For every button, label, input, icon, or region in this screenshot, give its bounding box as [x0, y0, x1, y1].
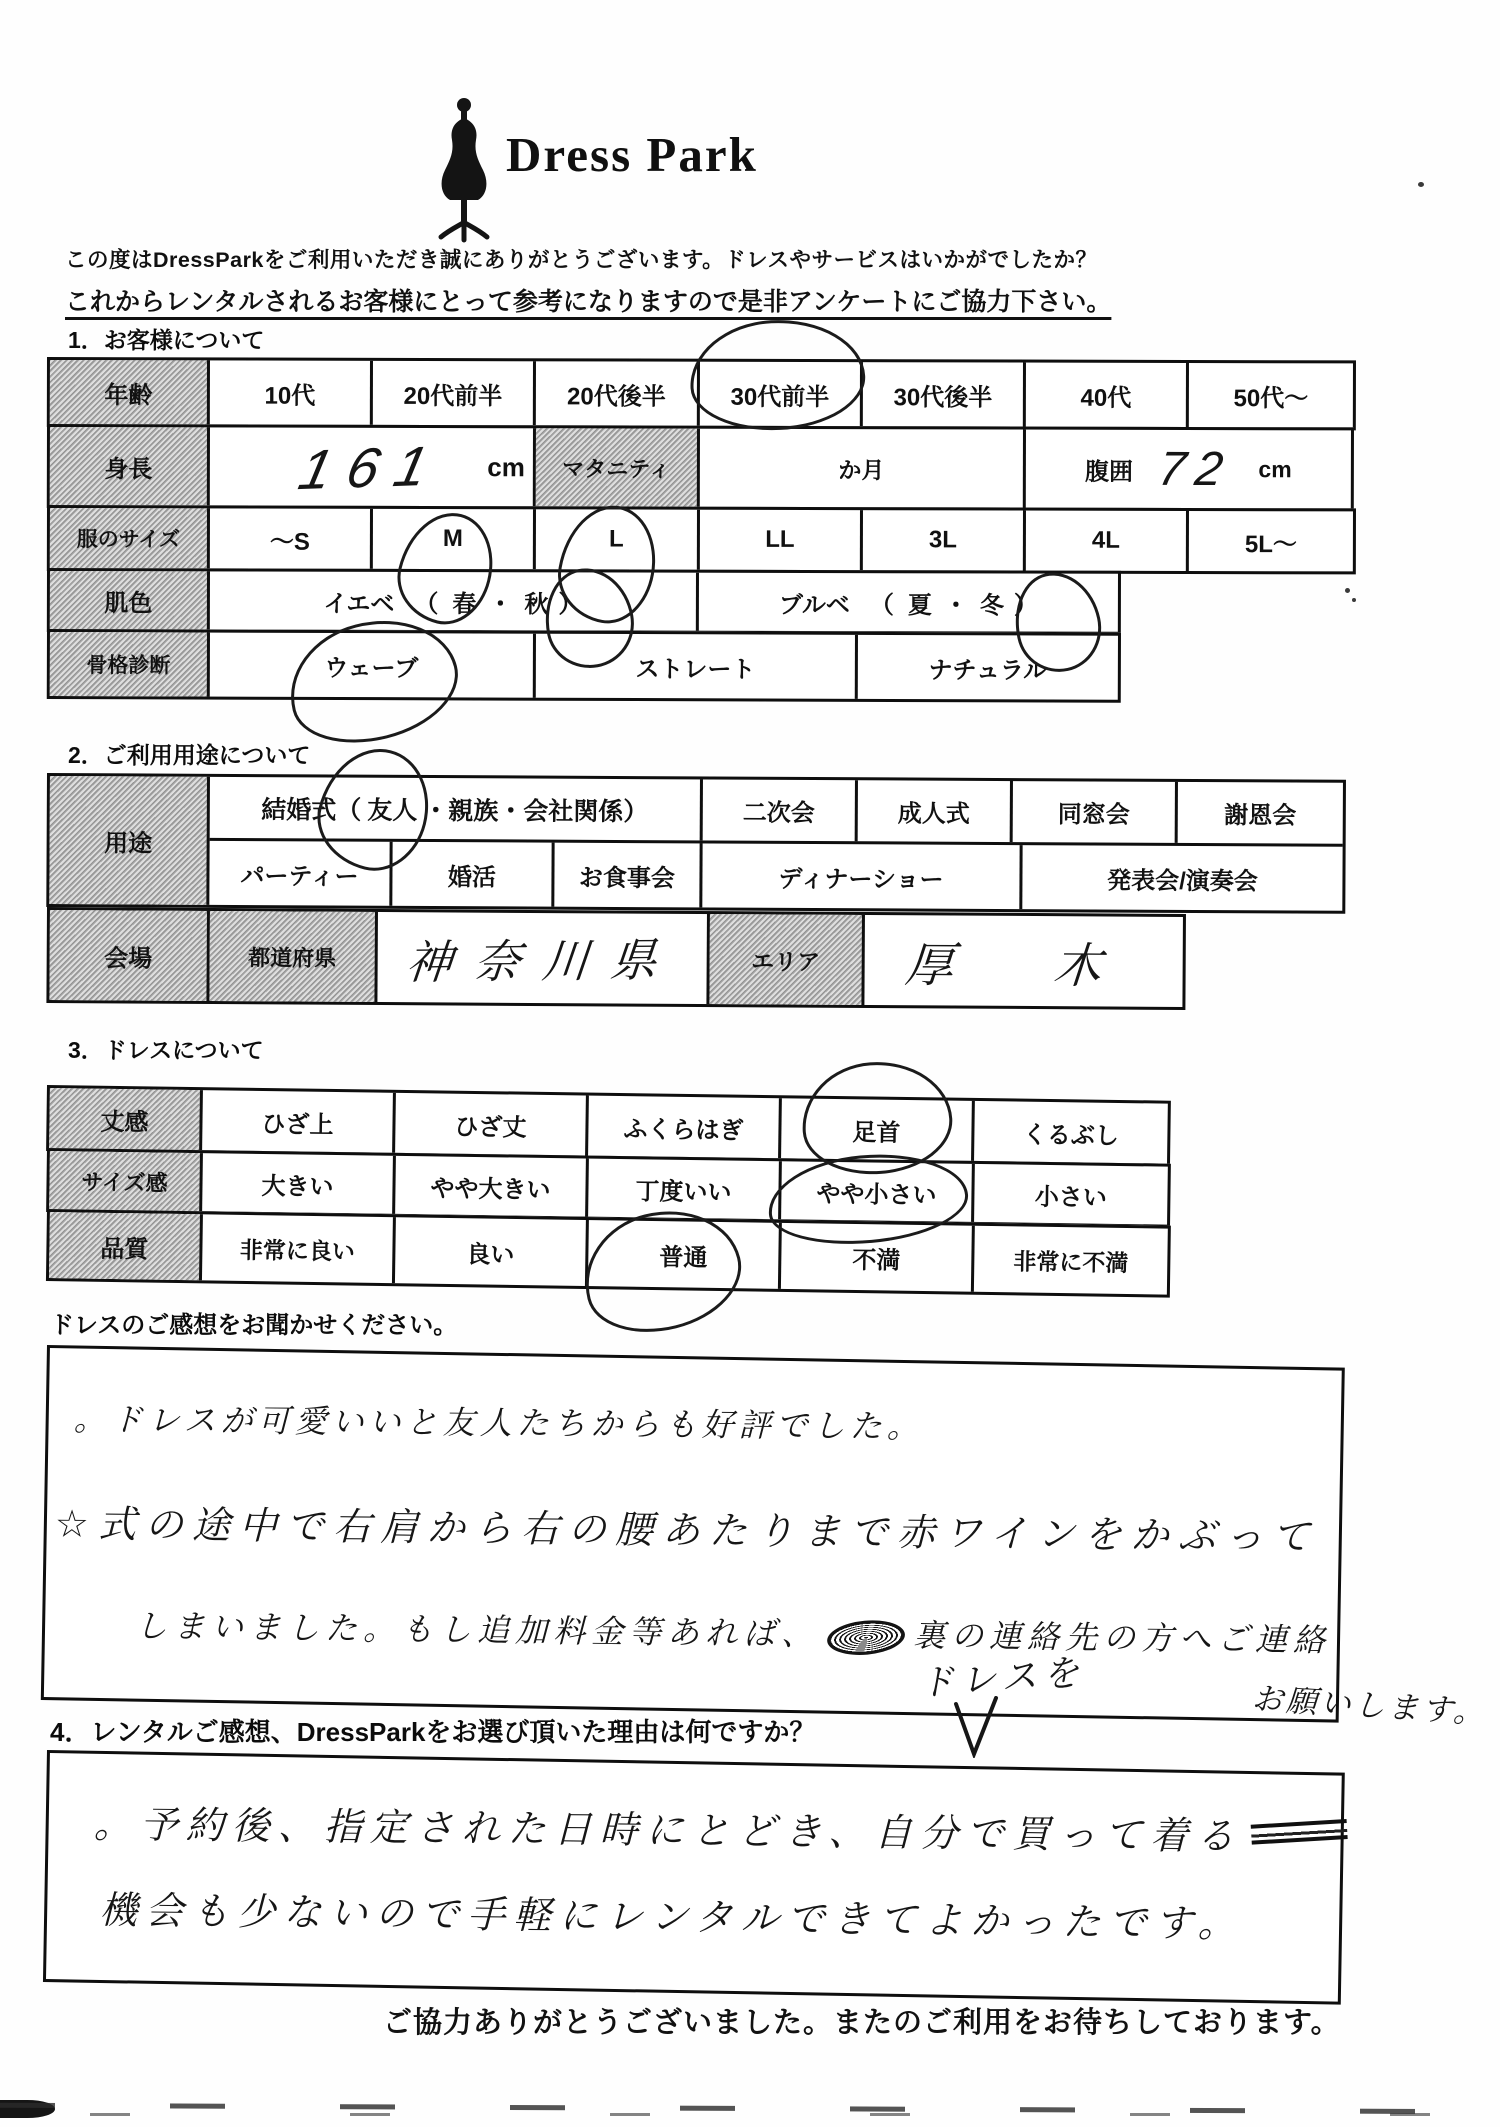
rental-feedback-box: 。予約後、指定された日時にとどき、自分で買って着る 機会も少ないので手軽にレンタ… [43, 1750, 1345, 2005]
spring-text: 春 [452, 584, 476, 619]
intro-line1: この度はDressParkをご利用いただき誠にありがとうございます。ドレスやサー… [65, 243, 1098, 274]
size-option-m: M [373, 509, 536, 569]
fit-slightly-small: やや小さい [781, 1161, 975, 1222]
age-option-40s: 40代 [1026, 363, 1189, 427]
length-knee: ひざ丈 [395, 1093, 589, 1156]
blacked-out-scribble [826, 1617, 907, 1658]
fit-just-right: 丁度いい [588, 1159, 782, 1220]
length-calf: ふくらはぎ [588, 1096, 782, 1159]
prefecture-label: 都道府県 [209, 911, 378, 1002]
feedback-handwriting-line2: ☆式の途中で右肩から右の腰あたりまで赤ワインをかぶって [55, 1493, 1319, 1561]
fit-large: 大きい [202, 1153, 396, 1214]
prefecture-value-handwritten: 神奈川県 [403, 924, 682, 993]
quality-very-good: 非常に良い [202, 1214, 396, 1283]
maternity-label: マタニティ [536, 428, 700, 506]
clothing-size-label: 服のサイズ [50, 508, 210, 568]
purpose-dinner: お食事会 [554, 843, 702, 908]
size-option-ll: LL [700, 510, 863, 570]
purpose-reunion: 同窓会 [1013, 781, 1178, 843]
skin-option-yellow-base: イエベ （ 春 ・ 秋 ） [210, 571, 699, 630]
section2-title: 2．ご利用用途について [68, 737, 310, 770]
yebe-text: イエベ [323, 583, 394, 618]
dress-feedback-box: 。ドレスが可愛いいと友人たちからも好評でした。 ☆式の途中で右肩から右の腰あたり… [41, 1345, 1345, 1723]
quality-good: 良い [395, 1217, 589, 1286]
brand-logo-text: Dress Park [506, 126, 758, 183]
strikethrough-scribble [1251, 1819, 1348, 1845]
intro-line2: これからレンタルされるお客様にとって参考になりますので是非アンケートにご協力下さ… [65, 282, 1111, 318]
venue-label: 会場 [49, 910, 210, 1001]
length-ankle: 足首 [781, 1098, 975, 1161]
age-option-10s: 10代 [210, 360, 373, 424]
feedback-handwriting-line1: 。ドレスが可愛いいと友人たちからも好評でした。 [74, 1394, 924, 1447]
rental-handwriting-line2: 機会も少ないので手軽にレンタルできてよかったです。 [99, 1879, 1244, 1948]
dress-form-icon [428, 96, 500, 246]
skeleton-option-straight: ストレート [536, 634, 858, 699]
rental-line1-text: 。予約後、指定された日時にとどき、自分で買って着る [94, 1804, 1243, 1858]
wedding-suffix: ・親族・会社関係） [423, 790, 648, 827]
waist-unit: cm [1258, 456, 1291, 483]
dot-separator: ・ [944, 585, 968, 620]
height-label: 身長 [50, 427, 210, 505]
section1-title: 1．お客様について [68, 322, 264, 355]
wedding-friend: 友人 [367, 790, 417, 826]
quality-unsatisfied: 不満 [781, 1223, 975, 1292]
venue-row: 会場 都道府県 神奈川県 エリア 厚木 [46, 907, 1186, 1010]
feedback-handwriting-line3: しまいました。もし追加料金等あれば、裏の連絡先の方へご連絡 [135, 1601, 1332, 1662]
scan-artifact-line2 [0, 2113, 1500, 2116]
skeleton-label: 骨格診断 [50, 632, 210, 697]
blube-text: ブルベ [779, 584, 850, 619]
feedback-line3-text-a: しまいました。もし追加料金等あれば、 [135, 1608, 819, 1652]
age-option-early20s: 20代前半 [373, 361, 536, 425]
age-option-early30s: 30代前半 [700, 362, 863, 426]
purpose-coming-of-age: 成人式 [858, 780, 1013, 842]
purpose-party: パーティー [209, 841, 392, 906]
section4-title: 4．レンタルご感想、DressParkをお選び頂いた理由は何ですか？ [50, 1712, 815, 1749]
summer-text: 夏 [908, 585, 932, 620]
area-label: エリア [709, 914, 865, 1005]
length-above-knee: ひざ上 [202, 1090, 396, 1153]
area-value-handwritten: 厚木 [903, 926, 1204, 997]
purpose-recital: 発表会/演奏会 [1022, 845, 1342, 911]
section3-title: 3．ドレスについて [68, 1032, 264, 1065]
age-option-late30s: 30代後半 [863, 362, 1026, 426]
length-label: 丈感 [49, 1088, 203, 1150]
waist-label: 腹囲 [1085, 451, 1133, 486]
age-row: 年齢 10代 20代前半 20代後半 30代前半 30代後半 40代 50代～ [47, 357, 1356, 430]
height-value-handwritten: 161 [293, 432, 450, 501]
fit-slightly-large: やや大きい [395, 1156, 589, 1217]
size-option-5l: 5L～ [1189, 511, 1353, 571]
paren-close: ） [1014, 585, 1038, 620]
skin-tone-row: 肌色 イエベ （ 春 ・ 秋 ） ブルベ （ 夏 ・ 冬 ） [47, 568, 1121, 635]
wedding-prefix: 結婚式（ [261, 790, 361, 827]
quality-label: 品質 [49, 1212, 203, 1280]
fit-small: 小さい [974, 1164, 1168, 1225]
clothing-size-row: 服のサイズ ～S M L LL 3L 4L 5L～ [47, 505, 1356, 574]
scanned-questionnaire: Dress Park この度はDressParkをご利用いただき誠にありがとうご… [0, 0, 1500, 2127]
purpose-options: 結婚式（ 友人 ・親族・会社関係） 二次会 成人式 同窓会 謝恩会 パーティー … [209, 777, 1343, 911]
purpose-thanks-party: 謝恩会 [1178, 782, 1343, 844]
purpose-konkatsu: 婚活 [392, 842, 554, 907]
age-option-50s: 50代～ [1189, 363, 1353, 427]
height-unit: cm [487, 452, 525, 483]
quality-very-unsatisfied: 非常に不満 [974, 1226, 1168, 1295]
size-option-l: L [536, 509, 700, 569]
dot-separator: ・ [488, 584, 512, 619]
age-option-late20s: 20代後半 [536, 361, 700, 425]
purpose-table: 用途 結婚式（ 友人 ・親族・会社関係） 二次会 成人式 同窓会 謝恩会 パーテ… [46, 773, 1346, 914]
feedback-closing-handwritten: お願いします。 [1251, 1673, 1489, 1732]
purpose-wedding: 結婚式（ 友人 ・親族・会社関係） [210, 777, 703, 841]
waist-value-handwritten: 72 [1155, 441, 1236, 496]
size-option-s: ～S [210, 508, 373, 568]
autumn-text: 秋 [524, 584, 548, 619]
purpose-dinner-show: ディナーショー [702, 843, 1022, 909]
purpose-label: 用途 [49, 776, 210, 905]
skin-option-blue-base: ブルベ （ 夏 ・ 冬 ） [699, 573, 1118, 632]
rental-handwriting-line1: 。予約後、指定された日時にとどき、自分で買って着る [94, 1793, 1349, 1861]
dress-feedback-prompt: ドレスのご感想をお聞かせください。 [50, 1305, 457, 1340]
height-row: 身長 161 cm マタニティ か月 腹囲 72 cm [47, 424, 1354, 511]
length-anklebone: くるぶし [974, 1101, 1168, 1164]
size-option-4l: 4L [1026, 511, 1189, 571]
skeleton-option-wave: ウェーブ [210, 633, 536, 698]
paren-close: ） [558, 584, 582, 619]
skeleton-row: 骨格診断 ウェーブ ストレート ナチュラル [47, 629, 1121, 703]
fit-label: サイズ感 [49, 1151, 203, 1211]
months-label: か月 [700, 429, 1026, 508]
footer-thanks: ご協力ありがとうございました。またのご利用をお待ちしております。 [383, 2000, 1341, 2041]
age-label: 年齢 [50, 360, 210, 424]
size-option-3l: 3L [863, 510, 1026, 570]
skin-label: 肌色 [50, 571, 210, 629]
quality-average: 普通 [588, 1220, 782, 1289]
paren-open: （ [870, 585, 894, 620]
skeleton-option-natural: ナチュラル [858, 635, 1118, 700]
paren-open: （ [414, 583, 438, 618]
quality-row: 品質 非常に良い 良い 普通 不満 非常に不満 [46, 1209, 1171, 1298]
winter-text: 冬 [980, 585, 1004, 620]
insertion-caret-icon [952, 1696, 1000, 1763]
purpose-afterparty: 二次会 [703, 779, 858, 841]
